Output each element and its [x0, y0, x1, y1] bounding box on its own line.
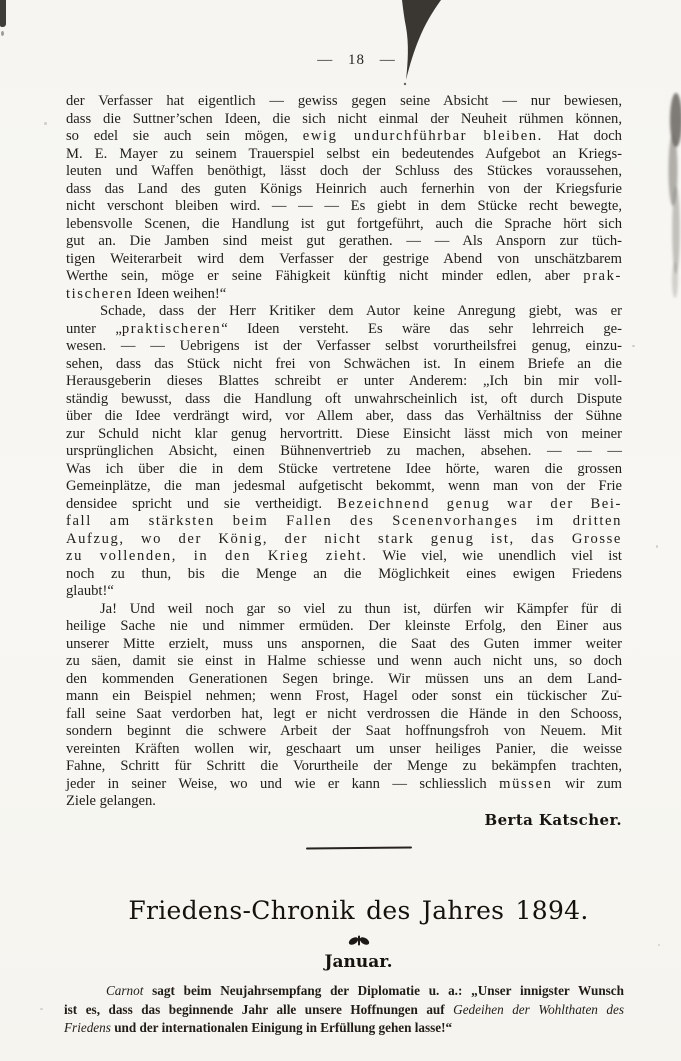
text-line: Ziele gelangen.: [66, 793, 622, 811]
text-segment: heilige Sache nie und nimmer ermüden. De…: [66, 618, 622, 634]
text-segment: fall seine Saat verdorben hat, legt er n…: [66, 706, 622, 722]
text-segment: Schade, dass der Herr Kritiker dem Autor…: [100, 303, 622, 319]
text-line: fall am stärksten beim Fallen des Scenen…: [66, 513, 622, 531]
text-line: M. E. Mayer zu seinem Trauerspiel selbst…: [66, 146, 622, 164]
text-line: zur Schuld nicht klar genug hervortritt.…: [66, 426, 622, 444]
text-segment: Carnot: [106, 983, 143, 998]
text-segment: sagt beim Neujahrsempfang der Diplomatie…: [143, 983, 624, 998]
text-segment: jeder in seiner Weise, wo und wie er kan…: [66, 776, 499, 792]
text-segment: ständig bewusst, dass die Handlung oft u…: [66, 391, 622, 407]
scan-edge-artifact: [0, 0, 6, 27]
text-line: über die Idee verdrängt wird, vor Allem …: [66, 408, 622, 426]
text-segment: Friedens: [64, 1020, 111, 1035]
text-segment: Hat doch: [543, 128, 622, 144]
text-segment: zu säen, damit sie einst in Halme schies…: [66, 653, 622, 669]
text-segment: Bezeichnend genug war der Bei-: [337, 496, 622, 512]
text-line: den kommenden Generationen Segen bringe.…: [66, 671, 622, 689]
text-line: vereinten Kräften wollen wir, geschaart …: [66, 741, 622, 759]
text-line: fall seine Saat verdorben hat, legt er n…: [66, 706, 622, 724]
text-segment: sondern beginnt die schwere Arbeit der S…: [66, 723, 622, 739]
text-segment: tischeren: [66, 286, 133, 302]
text-segment: prak-: [583, 268, 622, 284]
text-segment: vereinten Kräften wollen wir, geschaart …: [66, 741, 622, 757]
text-segment: unter „: [66, 321, 122, 337]
text-line: Herausgeberin dieses Blattes schreibt er…: [66, 373, 622, 391]
fleuron-ornament-icon: [0, 934, 681, 949]
text-line: leuten und Waffen benöthigt, lässt doch …: [66, 163, 622, 181]
text-segment: nicht verschont bleiben wird. — — — Es g…: [66, 198, 622, 214]
text-segment: Ideen weihen!“: [133, 286, 226, 302]
month-heading: Januar.: [0, 952, 681, 972]
dust-speck: [656, 545, 658, 548]
text-segment: sehen, dass das Stück nicht frei von Sch…: [66, 356, 622, 372]
text-segment: zu vollenden, in den Krieg zieht.: [66, 548, 367, 564]
text-segment: müssen: [499, 776, 552, 792]
text-segment: M. E. Mayer zu seinem Trauerspiel selbst…: [66, 146, 622, 162]
text-line: zu säen, damit sie einst in Halme schies…: [66, 653, 622, 671]
text-segment: noch zu thun, bis die Menge an die Mögli…: [66, 566, 622, 582]
dust-speck: [632, 345, 635, 347]
ink-blot-artifact: [396, 0, 448, 88]
text-segment: Werthe sein, möge er seine Fähigkeit kün…: [66, 268, 583, 284]
scan-edge-speck: [1, 31, 4, 36]
text-segment: Herausgeberin dieses Blattes schreibt er…: [66, 373, 622, 389]
section-divider-rule: [306, 846, 412, 849]
text-segment: Fahne, Schritt für Schritt die Vorurthei…: [66, 758, 622, 774]
text-segment: wesen. — — Uebrigens ist der Verfasser s…: [66, 338, 622, 354]
text-segment: der Verfasser hat eigentlich — gewiss ge…: [66, 93, 622, 109]
text-line: der Verfasser hat eigentlich — gewiss ge…: [66, 93, 622, 111]
text-segment: so edel sie auch sein mögen,: [66, 128, 303, 144]
text-segment: gut an. Die Jamben sind meist gut gerath…: [66, 233, 622, 249]
text-segment: ist es, dass das beginnende Jahr alle un…: [64, 1002, 453, 1017]
dust-speck: [44, 122, 47, 125]
text-line: tigen Weiterarbeit wird dem Verfasser de…: [66, 251, 622, 269]
text-line: tischeren Ideen weihen!“: [66, 286, 622, 304]
text-segment: densidee spricht und sie vertheidigt.: [66, 496, 337, 512]
text-line: Gemeinplätze, die man jedesmal aufgetisc…: [66, 478, 622, 496]
text-line: ist es, dass das beginnende Jahr alle un…: [64, 1001, 624, 1020]
chronik-paragraph: Carnot sagt beim Neujahrsempfang der Dip…: [64, 982, 624, 1038]
author-signature: Berta Katscher.: [66, 812, 622, 830]
text-line: so edel sie auch sein mögen, ewig undurc…: [66, 128, 622, 146]
text-segment: Wie viel, wie unendlich viel ist: [367, 548, 622, 564]
text-segment: Ziele gelangen.: [66, 793, 156, 809]
text-segment: dass die Suttner’schen Ideen, die sich n…: [66, 111, 622, 127]
text-segment: Aufzug, wo der König, der nicht stark ge…: [66, 531, 622, 547]
text-segment: über die Idee verdrängt wird, vor Allem …: [66, 408, 622, 424]
text-segment: Was ich über die in dem Stücke vertreten…: [66, 461, 622, 477]
text-line: sehen, dass das Stück nicht frei von Sch…: [66, 356, 622, 374]
text-line: mann ein Beispiel nehmen; wenn Frost, Ha…: [66, 688, 622, 706]
paragraph: Schade, dass der Herr Kritiker dem Autor…: [66, 303, 622, 601]
text-line: Aufzug, wo der König, der nicht stark ge…: [66, 531, 622, 549]
text-line: Werthe sein, möge er seine Fähigkeit kün…: [66, 268, 622, 286]
section-title: Friedens-Chronik des Jahres 1894.: [0, 896, 681, 925]
text-segment: dass das Land des guten Königs Heinrich …: [66, 181, 622, 197]
text-line: zu vollenden, in den Krieg zieht. Wie vi…: [66, 548, 622, 566]
text-line: Friedens und der internationalen Einigun…: [64, 1019, 624, 1038]
text-segment: wir zum: [553, 776, 622, 792]
text-line: wesen. — — Uebrigens ist der Verfasser s…: [66, 338, 622, 356]
text-line: unter „praktischeren“ Ideen versteht. Es…: [66, 321, 622, 339]
text-line: heilige Sache nie und nimmer ermüden. De…: [66, 618, 622, 636]
page-number: — 18 —: [0, 52, 681, 69]
text-line: Carnot sagt beim Neujahrsempfang der Dip…: [64, 982, 624, 1001]
text-line: glaubt!“: [66, 583, 622, 601]
text-line: nicht verschont bleiben wird. — — — Es g…: [66, 198, 622, 216]
text-line: Fahne, Schritt für Schritt die Vorurthei…: [66, 758, 622, 776]
text-segment: glaubt!“: [66, 583, 114, 599]
paragraph: der Verfasser hat eigentlich — gewiss ge…: [66, 93, 622, 303]
text-line: Schade, dass der Herr Kritiker dem Autor…: [66, 303, 622, 321]
text-segment: Gemeinplätze, die man jedesmal aufgetisc…: [66, 478, 622, 494]
text-segment: leuten und Waffen benöthigt, lässt doch …: [66, 163, 622, 179]
page-edge-smudge-artifact: [664, 92, 681, 302]
text-line: dass das Land des guten Königs Heinrich …: [66, 181, 622, 199]
text-line: gut an. Die Jamben sind meist gut gerath…: [66, 233, 622, 251]
text-segment: praktischeren: [122, 321, 221, 337]
text-segment: mann ein Beispiel nehmen; wenn Frost, Ha…: [66, 688, 622, 704]
text-segment: lebensvolle Scenen, die Handlung ist gut…: [66, 216, 622, 232]
text-segment: tigen Weiterarbeit wird dem Verfasser de…: [66, 251, 622, 267]
scanned-document-page: — 18 — der Verfasser hat eigentlich — ge…: [0, 0, 681, 1061]
text-segment: ursprünglichen Absicht, einen Bühnenvert…: [66, 443, 622, 459]
dust-speck: [40, 1008, 43, 1010]
paragraph: Ja! Und weil noch gar so viel zu thun is…: [66, 601, 622, 811]
text-segment: fall am stärksten beim Fallen des Scenen…: [66, 513, 622, 529]
text-line: densidee spricht und sie vertheidigt. Be…: [66, 496, 622, 514]
text-segment: den kommenden Generationen Segen bringe.…: [66, 671, 622, 687]
text-segment: unserer Mitte erzielt, muss uns ansporne…: [66, 636, 622, 652]
text-segment: und der internationalen Einigung in Erfü…: [111, 1020, 452, 1035]
text-segment: Ja! Und weil noch gar so viel zu thun is…: [100, 601, 622, 617]
article-body: der Verfasser hat eigentlich — gewiss ge…: [66, 93, 622, 829]
text-line: sondern beginnt die schwere Arbeit der S…: [66, 723, 622, 741]
text-line: Was ich über die in dem Stücke vertreten…: [66, 461, 622, 479]
text-line: dass die Suttner’schen Ideen, die sich n…: [66, 111, 622, 129]
text-line: Ja! Und weil noch gar so viel zu thun is…: [66, 601, 622, 619]
text-segment: “ Ideen versteht. Es wäre das sehr lehrr…: [221, 321, 622, 337]
text-line: ursprünglichen Absicht, einen Bühnenvert…: [66, 443, 622, 461]
text-line: lebensvolle Scenen, die Handlung ist gut…: [66, 216, 622, 234]
text-segment: Gedeihen der Wohlthaten des: [453, 1002, 624, 1017]
text-segment: zur Schuld nicht klar genug hervortritt.…: [66, 426, 622, 442]
text-line: ständig bewusst, dass die Handlung oft u…: [66, 391, 622, 409]
text-line: noch zu thun, bis die Menge an die Mögli…: [66, 566, 622, 584]
text-line: unserer Mitte erzielt, muss uns ansporne…: [66, 636, 622, 654]
text-line: jeder in seiner Weise, wo und wie er kan…: [66, 776, 622, 794]
text-segment: ewig undurchführbar bleiben.: [303, 128, 543, 144]
